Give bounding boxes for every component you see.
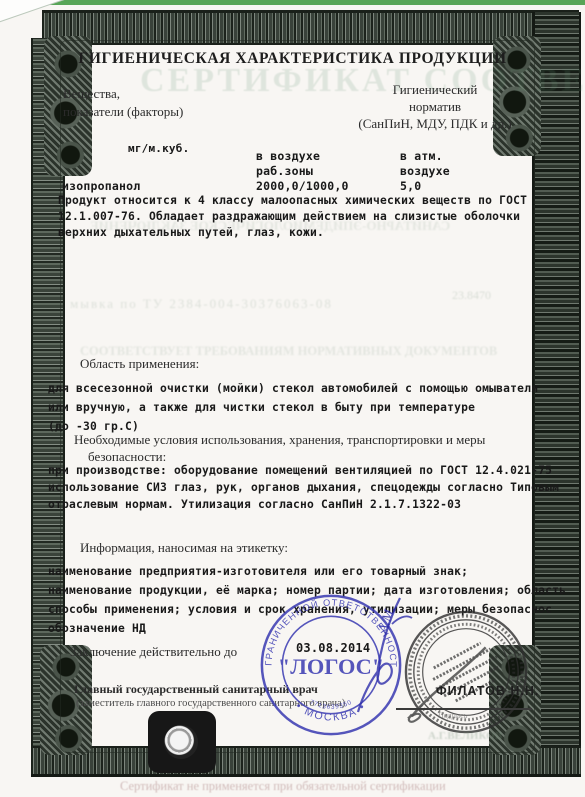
unit-label: мг/м.куб. (128, 142, 189, 155)
validity-label: Заключение действительно до (70, 644, 237, 660)
conditions-line1: при производстве: оборудование помещений… (48, 464, 552, 477)
norm-header-line2: норматив (330, 99, 540, 115)
norm-header-line3: (СанПиН, МДУ, ПДК и др.) (330, 116, 540, 132)
bleed-text-number: 23.8470 (452, 288, 491, 303)
bleed-text-tu: мывка по ТУ 2384-004-30376063-08 (70, 296, 333, 312)
hazard-note-line1: Продукт относится к 4 классу малоопасных… (58, 194, 527, 207)
label-info-heading: Информация, наносимая на этикетку: (80, 540, 288, 556)
substances-header-left-line2: показатели (факторы) (63, 104, 183, 120)
col-atmosphere-line2: воздухе (400, 164, 450, 178)
bottom-bleed-note: Сертификат не применяется при обязательн… (120, 779, 446, 794)
scope-line2: или вручную, а также для чистки стекол в… (48, 401, 475, 414)
value-workzone: 2000,0/1000,0 (256, 179, 349, 193)
bleed-text-name: А.Г.ВЕЛИКОВ (428, 730, 502, 742)
conditions-line3: отраслевым нормам. Утилизация согласно С… (48, 498, 461, 511)
signature-caption: Подпись (438, 711, 467, 720)
label-info-line1: наименование предприятия-изготовителя ил… (48, 565, 468, 578)
scope-heading: Область применения: (80, 356, 199, 372)
conditions-heading-line2: безопасности: (88, 449, 166, 465)
signature-line (396, 708, 532, 710)
hazard-note-line3: верхних дыхательных путей, глаз, кожи. (58, 226, 324, 239)
label-info-line4: обозначение НД (48, 622, 146, 635)
substance-name: изопропанол (62, 179, 140, 193)
scanner-edge-strip (46, 0, 585, 5)
col-workzone-line1: в воздухе (256, 149, 320, 163)
page-title: ГИГИЕНИЧЕСКАЯ ХАРАКТЕРИСТИКА ПРОДУКЦИИ (0, 50, 585, 68)
hazard-note-line2: 12.1.007-76. Обладает раздражающим дейст… (58, 210, 520, 223)
scope-line1: для всесезонной очистки (мойки) стекол а… (48, 382, 538, 395)
border-emblem-block (150, 713, 214, 771)
substances-header-left-line1: Вещества, (63, 86, 120, 102)
signer-name: ФИЛАТОВ Н.Н. (436, 684, 539, 698)
emblem-seal-icon (164, 725, 198, 759)
col-workzone-line2: раб.зоны (256, 164, 313, 178)
conditions-heading-line1: Необходимые условия использования, хране… (74, 432, 485, 448)
col-atmosphere-line1: в атм. (400, 149, 443, 163)
conditions-line2: использование СИЗ глаз, рук, органов дых… (48, 481, 559, 494)
norm-header-line1: Гигиенический (330, 82, 540, 98)
scanned-certificate: СЕРТИФИКАТ СООТВЕТСТВИИ САНИТАРНО-ЭПИДЕМ… (0, 0, 585, 797)
value-atmosphere: 5,0 (400, 179, 421, 193)
